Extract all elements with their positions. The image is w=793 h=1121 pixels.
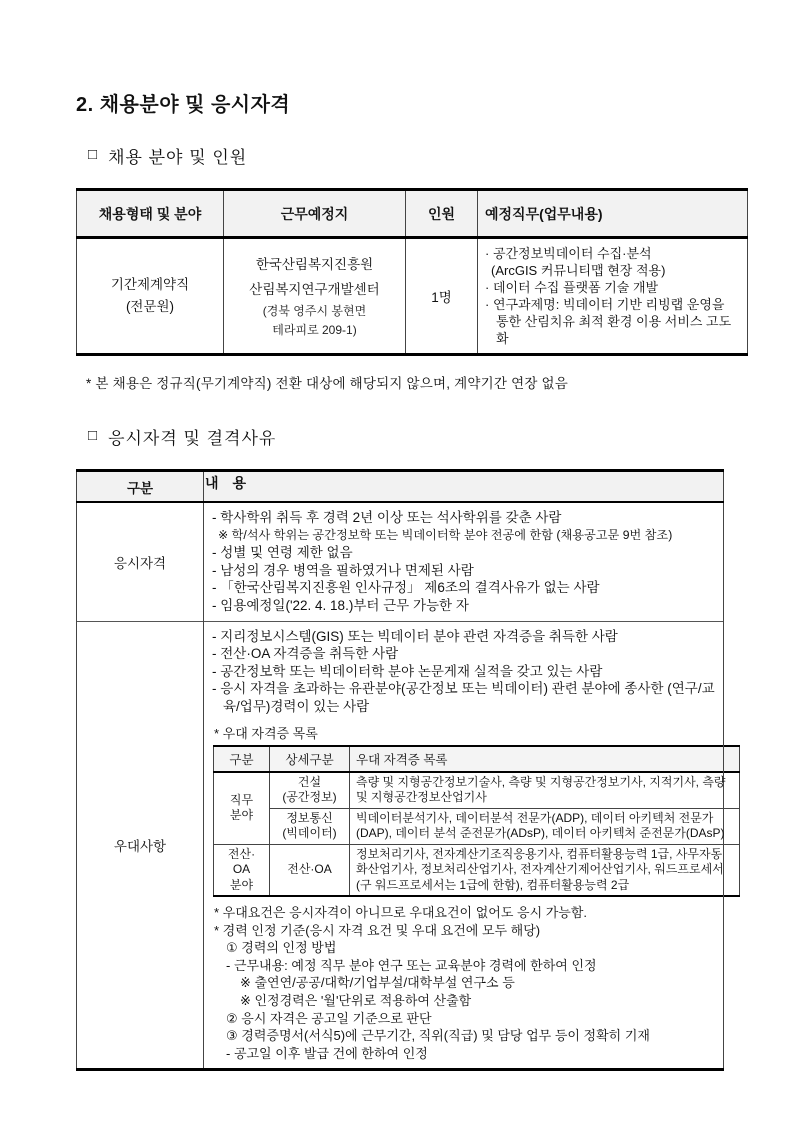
- preference-line: - 공간정보학 또는 빅데이터학 분야 논문게재 실적을 갖고 있는 사람: [212, 663, 715, 681]
- qualification-line: - 학사학위 취득 후 경력 2년 이상 또는 석사학위를 갖춘 사람: [212, 509, 715, 527]
- cert-list-label: * 우대 자격증 목록: [214, 723, 715, 742]
- qualification-line: - 「한국산림복지진흥원 인사규정」 제6조의 결격사유가 없는 사람: [212, 579, 715, 597]
- header-cell-category: 구분: [77, 471, 204, 503]
- duty-line: · 공간정보빅데이터 수집·분석: [485, 245, 740, 262]
- cert-subcategory: 건설 (공간정보): [270, 772, 350, 809]
- section-heading-qualification: □ 응시자격 및 결격사유: [88, 424, 717, 449]
- recruit-table-row: 기간제계약직 (전문원) 한국산림복지진흥원 산림복지연구개발센터 (경북 영주…: [77, 238, 748, 355]
- preference-line: - 지리정보시스템(GIS) 또는 빅데이터 분야 관련 자격증을 취득한 사람: [212, 628, 715, 646]
- cert-row-ict: 정보통신 (빅데이터) 빅데이터분석기사, 데이터분석 전문가(ADP), 데이…: [214, 808, 740, 844]
- preference-line: - 전산·OA 자격증을 취득한 사람: [212, 645, 715, 663]
- cell-headcount: 1명: [406, 238, 478, 355]
- cert-header-category: 구분: [214, 746, 270, 772]
- qualification-table: 구분 내 용 응시자격 - 학사학위 취득 후 경력 2년 이상 또는 석사학위…: [76, 469, 724, 1071]
- section-heading-recruit: □ 채용 분야 및 인원: [88, 143, 717, 168]
- cell-duties: · 공간정보빅데이터 수집·분석 (ArcGIS 커뮤니티맵 현장 적용) · …: [478, 238, 748, 355]
- qualification-table-header-row: 구분 내 용: [77, 471, 724, 503]
- duty-line-continuation: (ArcGIS 커뮤니티맵 현장 적용): [485, 262, 740, 279]
- cert-field-job: 직무 분야: [214, 772, 270, 845]
- note-line: ② 응시 자격은 공고일 기준으로 판단: [212, 1010, 715, 1028]
- cell-employment-type: 기간제계약직 (전문원): [77, 238, 224, 355]
- cert-header-list: 우대 자격증 목록: [350, 746, 740, 772]
- cert-row-oa: 전산· OA 분야 전산·OA 정보처리기사, 전자계산기조직응용기사, 컴퓨터…: [214, 844, 740, 896]
- row-apply-qualification: 응시자격 - 학사학위 취득 후 경력 2년 이상 또는 석사학위를 갖춘 사람…: [77, 502, 724, 621]
- cert-header-subcategory: 상세구분: [270, 746, 350, 772]
- note-line: ※ 출연연/공공/대학/기업부설/대학부설 연구소 등: [212, 974, 715, 992]
- preference-line: - 응시 자격을 초과하는 유관분야(공간정보 또는 빅데이터) 관련 분야에 …: [212, 680, 715, 715]
- employment-type-text: 기간제계약직 (전문원): [81, 274, 219, 318]
- note-line: - 공고일 이후 발급 건에 한하여 인정: [212, 1045, 715, 1063]
- page-title: 2. 채용분야 및 응시자격: [76, 88, 717, 117]
- cell-apply-content: - 학사학위 취득 후 경력 2년 이상 또는 석사학위를 갖춘 사람 ※ 학/…: [204, 502, 724, 621]
- cell-category-apply: 응시자격: [77, 502, 204, 621]
- cell-category-prefer: 우대사항: [77, 621, 204, 1070]
- header-cell-duties: 예정직무(업무내용): [478, 190, 748, 238]
- duty-line: · 데이터 수집 플랫폼 기술 개발: [485, 279, 740, 296]
- cert-field-oa: 전산· OA 분야: [214, 844, 270, 896]
- spacer: [76, 392, 717, 424]
- cell-prefer-content: - 지리정보시스템(GIS) 또는 빅데이터 분야 관련 자격증을 취득한 사람…: [204, 621, 724, 1070]
- qualification-line: - 임용예정일('22. 4. 18.)부터 근무 가능한 자: [212, 597, 715, 615]
- cert-list-text: 정보처리기사, 전자계산기조직응용기사, 컴퓨터활용능력 1급, 사무자동화산업…: [350, 844, 740, 896]
- note-line: * 경력 인정 기준(응시 자격 요건 및 우대 요건에 모두 해당): [212, 922, 715, 940]
- qualification-line: - 성별 및 연령 제한 없음: [212, 544, 715, 562]
- checkbox-square-icon: □: [88, 428, 98, 443]
- work-location-name: 한국산림복지진흥원 산림복지연구개발센터: [228, 252, 401, 302]
- header-cell-location: 근무예정지: [224, 190, 406, 238]
- preference-notes: * 우대요건은 응시자격이 아니므로 우대요건이 없어도 응시 가능함. * 경…: [212, 904, 715, 1062]
- checkbox-square-icon: □: [88, 147, 98, 162]
- header-cell-content: 내 용: [204, 471, 724, 503]
- section-heading-label: 채용 분야 및 인원: [108, 143, 247, 168]
- note-line: * 우대요건은 응시자격이 아니므로 우대요건이 없어도 응시 가능함.: [212, 904, 715, 922]
- recruit-table: 채용형태 및 분야 근무예정지 인원 예정직무(업무내용) 기간제계약직 (전문…: [76, 188, 748, 356]
- qualification-line: - 남성의 경우 병역을 필하였거나 면제된 사람: [212, 562, 715, 580]
- cell-work-location: 한국산림복지진흥원 산림복지연구개발센터 (경북 영주시 봉현면 테라피로 20…: [224, 238, 406, 355]
- cert-list-text: 측량 및 지형공간정보기술사, 측량 및 지형공간정보기사, 지적기사, 측량 …: [350, 772, 740, 809]
- work-location-address: (경북 영주시 봉현면 테라피로 209-1): [228, 302, 401, 340]
- note-line: ※ 인정경력은 '월'단위로 적용하여 산출함: [212, 992, 715, 1010]
- note-line: ③ 경력증명서(서식5)에 근무기간, 직위(직급) 및 담당 업무 등이 정확…: [212, 1027, 715, 1045]
- cert-table-header-row: 구분 상세구분 우대 자격증 목록: [214, 746, 740, 772]
- document-page: 2. 채용분야 및 응시자격 □ 채용 분야 및 인원 채용형태 및 분야 근무…: [0, 0, 793, 1121]
- cert-list-text: 빅데이터분석기사, 데이터분석 전문가(ADP), 데이터 아키텍처 전문가(D…: [350, 808, 740, 844]
- cert-row-construction: 직무 분야 건설 (공간정보) 측량 및 지형공간정보기술사, 측량 및 지형공…: [214, 772, 740, 809]
- qualification-note-line: ※ 학/석사 학위는 공간정보학 또는 빅데이터학 분야 전공에 한함 (채용공…: [212, 527, 715, 545]
- cert-subcategory: 정보통신 (빅데이터): [270, 808, 350, 844]
- conversion-note: * 본 채용은 정규직(무기계약직) 전환 대상에 해당되지 않으며, 계약기간…: [86, 372, 717, 392]
- recruit-table-header-row: 채용형태 및 분야 근무예정지 인원 예정직무(업무내용): [77, 190, 748, 238]
- note-line: ① 경력의 인정 방법: [212, 939, 715, 957]
- cert-table: 구분 상세구분 우대 자격증 목록 직무 분야 건설 (공간정보) 측량 및 지…: [213, 745, 740, 898]
- headcount-value: 1명: [431, 290, 452, 305]
- cert-subcategory: 전산·OA: [270, 844, 350, 896]
- section-heading-label: 응시자격 및 결격사유: [108, 424, 276, 449]
- duty-line: · 연구과제명: 빅데이터 기반 리빙랩 운영을 통한 산림치유 최적 환경 이…: [485, 296, 740, 347]
- row-preference: 우대사항 - 지리정보시스템(GIS) 또는 빅데이터 분야 관련 자격증을 취…: [77, 621, 724, 1070]
- header-cell-type: 채용형태 및 분야: [77, 190, 224, 238]
- note-line: - 근무내용: 예정 직무 분야 연구 또는 교육분야 경력에 한하여 인정: [212, 957, 715, 975]
- header-cell-headcount: 인원: [406, 190, 478, 238]
